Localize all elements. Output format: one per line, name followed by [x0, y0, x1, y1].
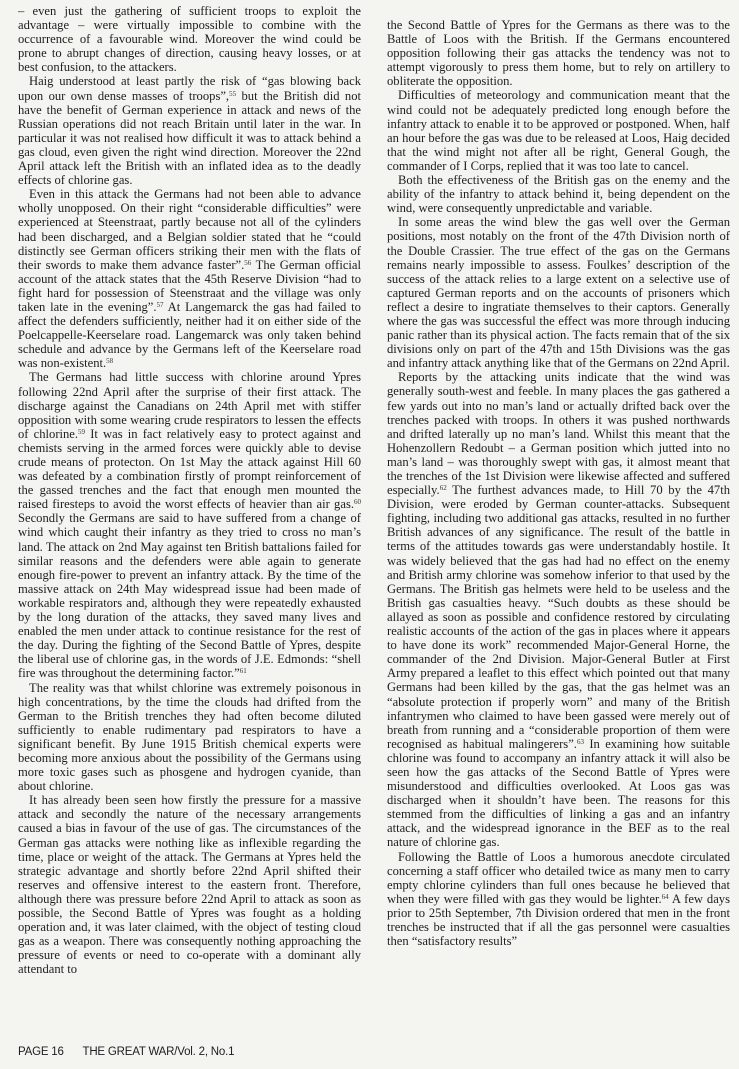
- paragraph: Both the effectiveness of the British ga…: [387, 173, 730, 215]
- footnote-ref: 59: [78, 428, 85, 436]
- footnote-ref: 64: [662, 893, 669, 901]
- right-column: the Second Battle of Ypres for the Germa…: [387, 18, 730, 948]
- paragraph-text: In some areas the wind blew the gas well…: [387, 215, 730, 370]
- left-column: – even just the gathering of sufficient …: [18, 4, 361, 976]
- paragraph-text: the Second Battle of Ypres for the Germa…: [387, 18, 730, 88]
- paragraph: – even just the gathering of sufficient …: [18, 4, 361, 74]
- paragraph: Reports by the attacking units indicate …: [387, 370, 730, 849]
- paragraph: The reality was that whilst chlorine was…: [18, 681, 361, 794]
- publication-title: THE GREAT WAR/Vol. 2, No.1: [83, 1046, 235, 1058]
- paragraph-text: In examining how suitable chlorine was f…: [387, 737, 730, 850]
- paragraph-text: but the British did not have the benefit…: [18, 89, 361, 188]
- magazine-page: – even just the gathering of sufficient …: [0, 0, 739, 1069]
- footnote-ref: 58: [106, 357, 113, 365]
- footnote-ref: 57: [157, 301, 164, 309]
- paragraph-text: Reports by the attacking units indicate …: [387, 370, 730, 497]
- paragraph: the Second Battle of Ypres for the Germa…: [387, 18, 730, 88]
- page-footer: PAGE 16 THE GREAT WAR/Vol. 2, No.1: [18, 1046, 234, 1058]
- paragraph-text: Both the effectiveness of the British ga…: [387, 173, 730, 215]
- paragraph-text: – even just the gathering of sufficient …: [18, 4, 361, 74]
- paragraph: Difficulties of meteorology and communic…: [387, 88, 730, 173]
- paragraph-text: Difficulties of meteorology and communic…: [387, 88, 730, 172]
- paragraph: It has already been seen how firstly the…: [18, 793, 361, 976]
- paragraph-text: It has already been seen how firstly the…: [18, 793, 361, 976]
- paragraph: In some areas the wind blew the gas well…: [387, 215, 730, 370]
- paragraph: Even in this attack the Germans had not …: [18, 187, 361, 370]
- paragraph-text: The furthest advances made, to Hill 70 b…: [387, 483, 730, 751]
- footnote-ref: 60: [354, 498, 361, 506]
- paragraph-text: The reality was that whilst chlorine was…: [18, 681, 361, 794]
- paragraph-text: Secondly the Germans are said to have su…: [18, 511, 361, 680]
- paragraph: Following the Battle of Loos a humorous …: [387, 850, 730, 949]
- paragraph: The Germans had little success with chlo…: [18, 370, 361, 680]
- footnote-ref: 61: [240, 667, 247, 675]
- page-number: PAGE 16: [18, 1046, 64, 1058]
- footnote-ref: 62: [440, 484, 447, 492]
- footnote-ref: 63: [577, 738, 584, 746]
- paragraph: Haig understood at least partly the risk…: [18, 74, 361, 187]
